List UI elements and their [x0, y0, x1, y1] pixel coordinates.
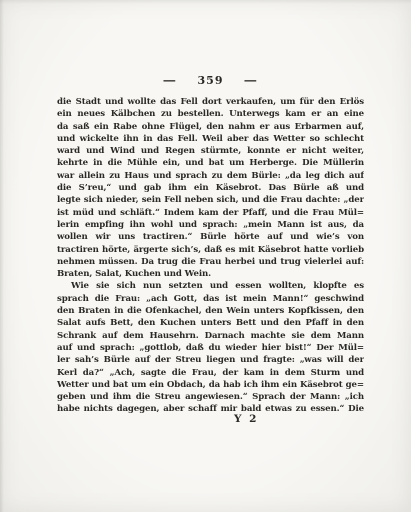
text-line: legte sich nieder, sein Fell neben sich,…	[57, 194, 364, 206]
text-line: sprach die Frau: „ach Gott, das ist mein…	[57, 293, 364, 305]
header-dash-left: —	[162, 74, 176, 87]
text-line: war allein zu Haus und sprach zu dem Bür…	[57, 170, 364, 182]
text-line: ein neues Kälbchen zu bestellen. Unterwe…	[57, 108, 364, 120]
text-line: den Braten in die Ofenkachel, den Wein u…	[57, 305, 364, 317]
text-line: die Stadt und wollte das Fell dort verka…	[57, 96, 364, 108]
signature-mark: Y 2	[234, 413, 258, 425]
text-line: Kerl da?“ „Ach, sagte die Frau, der kam …	[57, 367, 364, 379]
text-line: Wie sie sich nun setzten und essen wollt…	[57, 280, 364, 292]
text-line: habe nichts dagegen, aber schaff mir bal…	[57, 403, 364, 415]
page-header: — 359 —	[57, 74, 364, 87]
header-dash-right: —	[244, 74, 258, 87]
text-line: ler sah’s Bürle auf der Streu liegen und…	[57, 354, 364, 366]
text-line: wollen wir uns tractiren.“ Bürle hörte a…	[57, 231, 364, 243]
text-line: und wickelte ihn in das Fell. Weil aber …	[57, 133, 364, 145]
text-line: ist müd und schläft.“ Indem kam der Pfaf…	[57, 207, 364, 219]
text-line: nehmen müssen. Da trug die Frau herbei u…	[57, 256, 364, 268]
text-line: Wetter und bat um ein Obdach, da hab ich…	[57, 379, 364, 391]
text-line: da saß ein Rabe ohne Flügel, den nahm er…	[57, 121, 364, 133]
text-line: Braten, Salat, Kuchen und Wein.	[57, 268, 364, 280]
text-line: die S’reu,“ und gab ihm ein Käsebrot. Da…	[57, 182, 364, 194]
text-line: lerin empfing ihn wohl und sprach: „mein…	[57, 219, 364, 231]
text-line: kehrte in die Mühle ein, und bat um Herb…	[57, 157, 364, 169]
page-number: 359	[198, 74, 224, 87]
text-line: ward und Wind und Regen stürmte, konnte …	[57, 145, 364, 157]
book-page: — 359 — die Stadt und wollte das Fell do…	[0, 0, 411, 512]
text-block: die Stadt und wollte das Fell dort verka…	[57, 96, 364, 416]
text-line: Schrank auf dem Hausehrn. Darnach machte…	[57, 330, 364, 342]
text-line: auf und sprach: „gottlob, daß du wieder …	[57, 342, 364, 354]
text-line: tractiren hörte, ärgerte sich’s, daß es …	[57, 244, 364, 256]
text-line: geben und ihm die Streu angewiesen.“ Spr…	[57, 391, 364, 403]
text-line: Salat aufs Bett, den Kuchen unters Bett …	[57, 317, 364, 329]
